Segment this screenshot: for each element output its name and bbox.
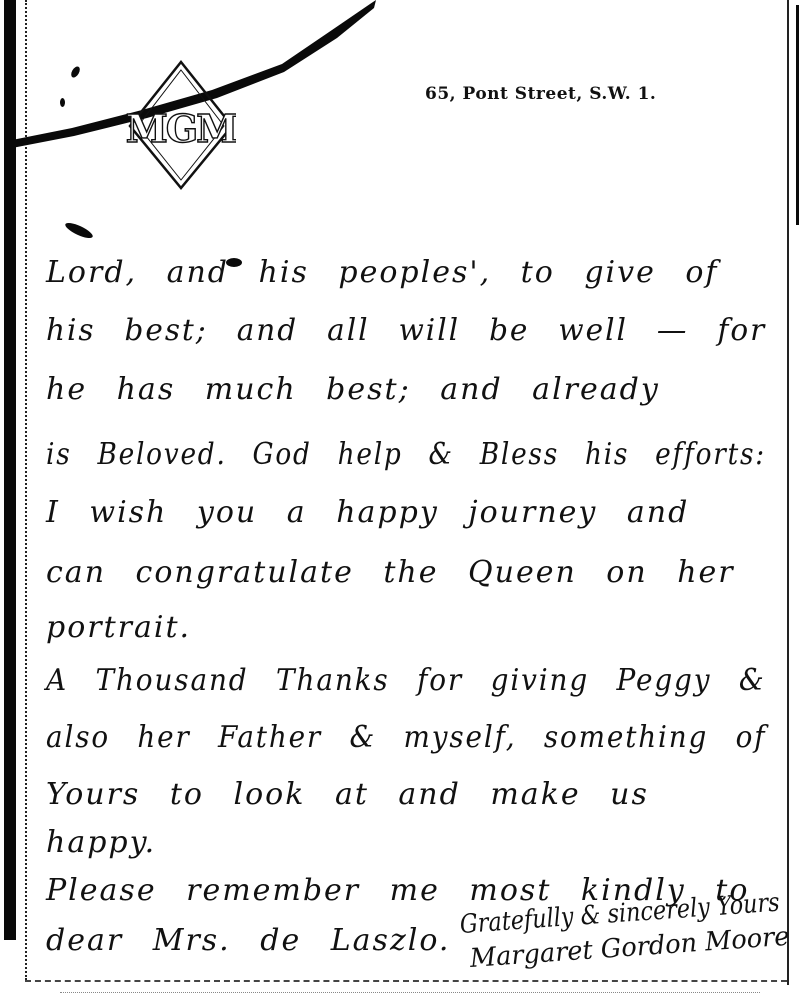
ink-blot	[64, 220, 95, 241]
letter-line: his best; and all will be well — for	[46, 313, 766, 348]
letter-line: Yours to look at and make us	[46, 777, 649, 812]
letter-line: happy.	[46, 825, 156, 860]
letter-line: is Beloved. God help & Bless his efforts…	[46, 437, 766, 472]
letter-line: Lord, and his peoples', to give of	[46, 255, 719, 290]
letterhead-address: 65, Pont Street, S.W. 1.	[425, 84, 656, 104]
letter-line: dear Mrs. de Laszlo.	[46, 923, 450, 958]
letter-line: he has much best; and already	[46, 372, 660, 407]
page-bottom-edge	[25, 980, 787, 982]
letter-page: MGM 65, Pont Street, S.W. 1. Lord, and h…	[0, 0, 801, 1000]
letter-line: portrait.	[46, 610, 191, 645]
letter-line: can congratulate the Queen on her	[46, 555, 735, 590]
ink-blot	[60, 98, 65, 107]
letter-line: also her Father & myself, something of	[46, 720, 766, 755]
mgm-monogram-icon: MGM	[126, 60, 236, 190]
letter-line: I wish you a happy journey and	[46, 495, 689, 530]
letter-line: A Thousand Thanks for giving Peggy &	[46, 663, 766, 698]
svg-text:MGM: MGM	[126, 106, 236, 151]
scan-noise-line	[60, 992, 760, 993]
